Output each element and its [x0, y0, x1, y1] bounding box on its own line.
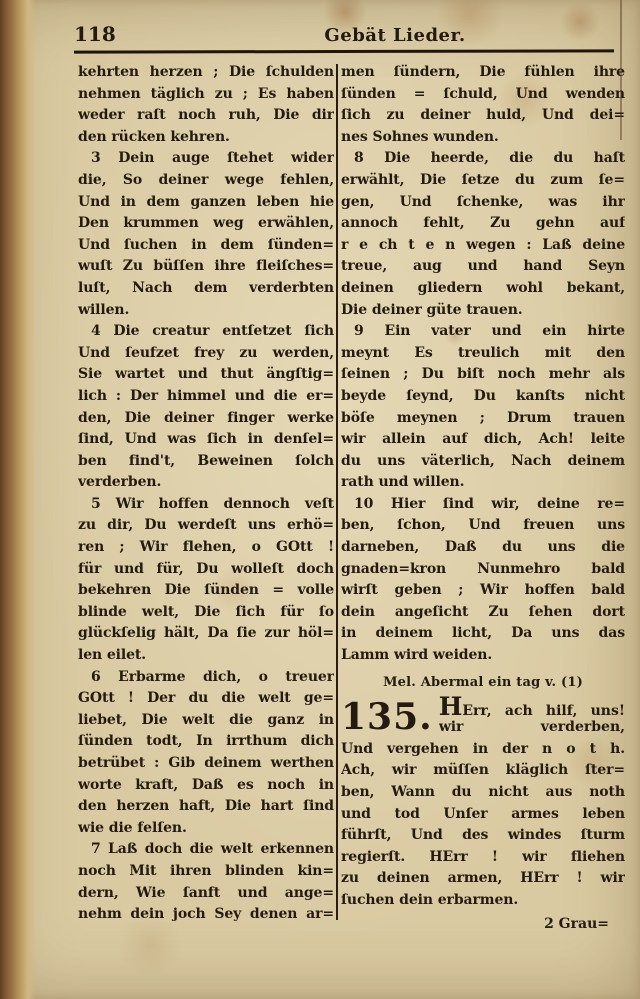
- text-line: ben find't, Beweinen ſolch: [78, 451, 334, 473]
- column-divider: [336, 64, 338, 920]
- text-line: worte kraft, Daß es noch in: [78, 775, 334, 797]
- text-line: ben, ſchon, Und freuen uns: [341, 515, 625, 537]
- text-line: für und für, Du wolleſt doch: [78, 559, 334, 581]
- text-line: zu dir, Du werdeſt uns erhö=: [78, 515, 334, 537]
- text-line: wirſt geben ; Wir hoffen bald: [341, 580, 625, 602]
- melody-line: Mel. Abermal ein tag v. (1): [341, 672, 625, 693]
- text-line: blinde welt, Die ſich für ſo: [78, 602, 334, 624]
- text-line: annoch fehlt, Zu gehn auf: [341, 213, 625, 235]
- text-area: kehrten herzen ; Die ſchuldennehmen tägl…: [78, 62, 625, 935]
- text-line: 4 Die creatur entſetzet ſich: [78, 321, 334, 343]
- book-page: 118 Gebät Lieder. kehrten herzen ; Die ſ…: [0, 0, 640, 999]
- text-line: ſünden = ſchuld, Und wenden: [341, 84, 625, 106]
- binding-shadow: [0, 0, 36, 999]
- text-line: Und ſeufzet frey zu werden,: [78, 343, 334, 365]
- text-line: den, Die deiner finger werke: [78, 408, 334, 430]
- text-line: gnaden=kron Nunmehro bald: [341, 559, 625, 581]
- text-line: führſt, Und des windes ſturm: [341, 825, 625, 847]
- text-line: dern, Wie ſanft und ange=: [78, 883, 334, 905]
- text-line: 6 Erbarme dich, o treuer: [78, 667, 334, 689]
- text-line: du uns väterlich, Nach deinem: [341, 451, 625, 473]
- text-line: nes Sohnes wunden.: [341, 127, 625, 149]
- text-line: willen.: [78, 300, 334, 322]
- text-line: die, So deiner wege fehlen,: [78, 170, 334, 192]
- text-line: ſich zu deiner huld, Und dei=: [341, 105, 625, 127]
- text-line: wuſt Zu büſſen ihre fleiſches=: [78, 256, 334, 278]
- hymn-135-body: Und vergehen in der n o t h.Ach, wir müſ…: [341, 739, 625, 912]
- page-number: 118: [74, 22, 116, 46]
- text-line: 3 Dein auge ſtehet wider: [78, 148, 334, 170]
- text-line: weder raſt noch ruh, Die dir: [78, 105, 334, 127]
- text-line: deinen gliedern wohl bekant,: [341, 278, 625, 300]
- text-line: GOtt ! Der du die welt ge=: [78, 688, 334, 710]
- text-line: len eilet.: [78, 645, 334, 667]
- text-line: 7 Laß doch die welt erkennen: [78, 839, 334, 861]
- text-line: treue, aug und hand Seyn: [341, 256, 625, 278]
- text-line: erwählt, Die ſetze du zum ſe=: [341, 170, 625, 192]
- text-line: kehrten herzen ; Die ſchulden: [78, 62, 334, 84]
- hymn-opening-line-1: HErr, ach hilf, uns!: [439, 696, 625, 718]
- text-line: Sie wartet und thut ängſtig=: [78, 364, 334, 386]
- text-line: glückſelig hält, Da ſie zur höl=: [78, 623, 334, 645]
- text-line: meynt Es treulich mit den: [341, 343, 625, 365]
- right-column: men ſündern, Die fühlen ihreſünden = ſch…: [341, 62, 625, 935]
- hymn-135-opening: 135. HErr, ach hilf, uns! wir verderben,: [341, 696, 625, 739]
- text-line: zu deinen armen, HErr ! wir: [341, 868, 625, 890]
- left-column: kehrten herzen ; Die ſchuldennehmen tägl…: [78, 62, 334, 926]
- text-line: noch Mit ihren blinden kin=: [78, 861, 334, 883]
- header-rule: [74, 49, 614, 53]
- text-line: 5 Wir hoffen dennoch veſt: [78, 494, 334, 516]
- text-line: lich : Der himmel und die er=: [78, 386, 334, 408]
- hymn-number: 135.: [341, 696, 433, 738]
- text-line: Ach, wir müſſen kläglich ſter=: [341, 760, 625, 782]
- text-line: Lamm wird weiden.: [341, 645, 625, 667]
- text-line: Und ſuchen in dem ſünden=: [78, 235, 334, 257]
- text-line: 8 Die heerde, die du haſt: [341, 148, 625, 170]
- text-line: ſeinen ; Du biſt noch mehr als: [341, 364, 625, 386]
- text-line: nehm dein joch Sey denen ar=: [78, 904, 334, 926]
- text-line: Den krummen weg erwählen,: [78, 213, 334, 235]
- hymn-134-continuation: men ſündern, Die fühlen ihreſünden = ſch…: [341, 62, 625, 667]
- text-line: dein angeſicht Zu ſehen dort: [341, 602, 625, 624]
- text-line: böſe meynen ; Drum trauen: [341, 408, 625, 430]
- text-line: r e ch t e n wegen : Laß deine: [341, 235, 625, 257]
- running-title: Gebät Lieder.: [300, 25, 490, 46]
- text-line: darneben, Daß du uns die: [341, 537, 625, 559]
- text-line: Und in dem ganzen leben hie: [78, 192, 334, 214]
- text-line: men ſündern, Die fühlen ihre: [341, 62, 625, 84]
- text-line: beyde ſeynd, Du kanſts nicht: [341, 386, 625, 408]
- text-line: luſt, Nach dem verderbten: [78, 278, 334, 300]
- text-line: Die deiner güte trauen.: [341, 300, 625, 322]
- text-line: gen, Und ſchenke, was ihr: [341, 192, 625, 214]
- text-line: rath und willen.: [341, 472, 625, 494]
- text-line: ſuchen dein erbarmen.: [341, 890, 625, 912]
- text-line: nehmen täglich zu ; Es haben: [78, 84, 334, 106]
- text-line: betrübet : Gib deinem werthen: [78, 753, 334, 775]
- text-line: ſind, Und was ſich in denſel=: [78, 429, 334, 451]
- text-line: in deinem licht, Da uns das: [341, 623, 625, 645]
- text-line: Und vergehen in der n o t h.: [341, 739, 625, 761]
- text-line: ben, Wann du nicht aus noth: [341, 782, 625, 804]
- hymn-opening-line-2: wir verderben,: [439, 717, 625, 739]
- text-line: den rücken kehren.: [78, 127, 334, 149]
- text-line: wir allein auf dich, Ach! leite: [341, 429, 625, 451]
- text-line: ren ; Wir flehen, o GOtt !: [78, 537, 334, 559]
- text-line: 10 Hier ſind wir, deine re=: [341, 494, 625, 516]
- text-line: 9 Ein vater und ein hirte: [341, 321, 625, 343]
- text-line: verderben.: [78, 472, 334, 494]
- text-line: den herzen haft, Die hart ſind: [78, 796, 334, 818]
- text-line: regierſt. HErr ! wir fliehen: [341, 847, 625, 869]
- text-line: wie die felſen.: [78, 818, 334, 840]
- text-line: bekehren Die ſünden = volle: [78, 580, 334, 602]
- text-line: ſünden todt, In irrthum dich: [78, 731, 334, 753]
- text-line: und tod Unſer armes leben: [341, 804, 625, 826]
- text-line: liebet, Die welt die ganz in: [78, 710, 334, 732]
- catchword: 2 Grau=: [341, 914, 625, 936]
